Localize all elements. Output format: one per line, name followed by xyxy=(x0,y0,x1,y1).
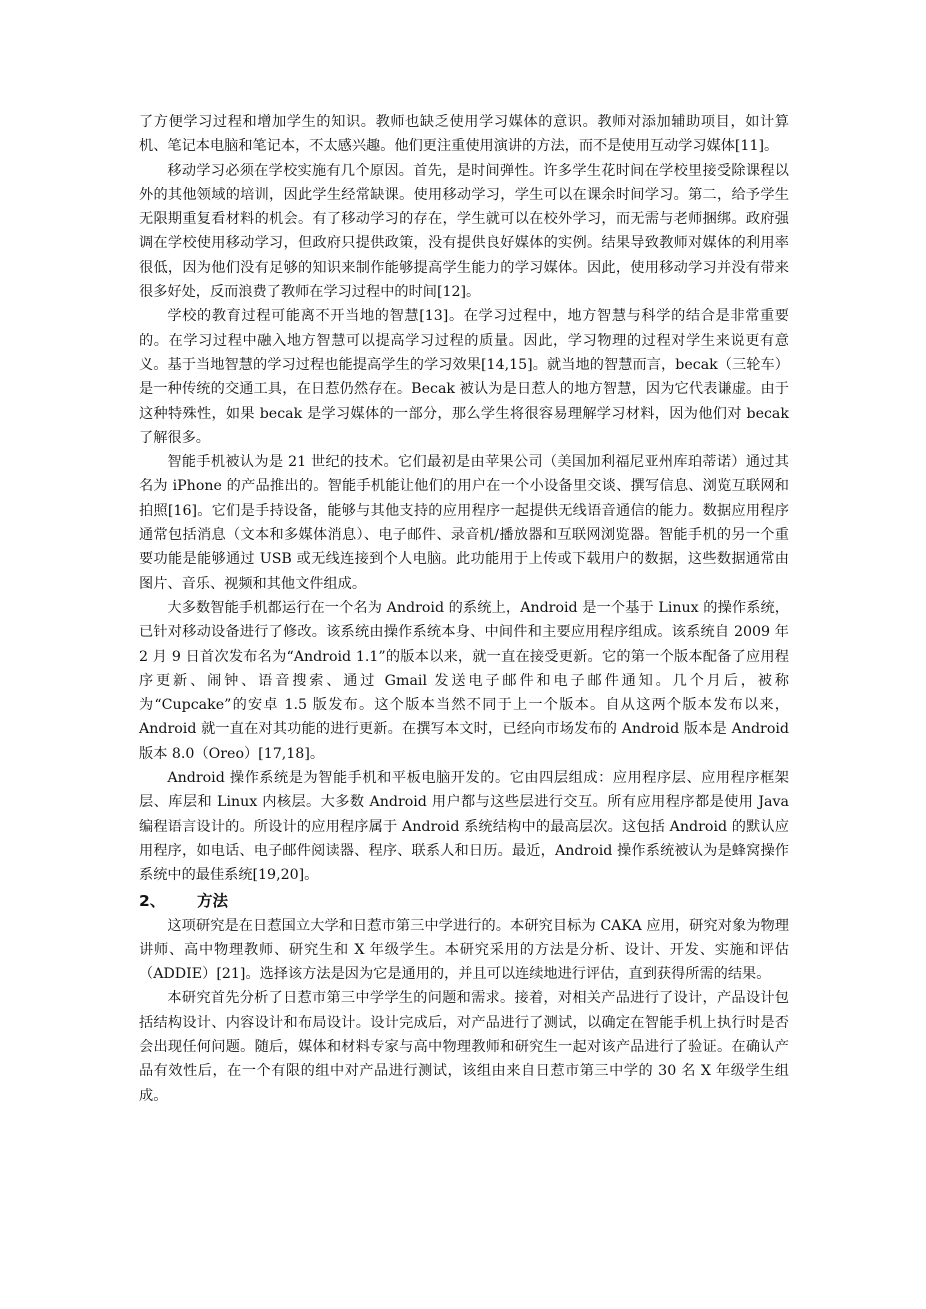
section-number: 2、 xyxy=(139,888,197,914)
paragraph-research-procedure: 本研究首先分析了日惹市第三中学学生的问题和需求。接着，对相关产品进行了设计，产品… xyxy=(139,986,789,1107)
section-title: 方法 xyxy=(197,892,228,910)
section-heading-methods: 2、方法 xyxy=(139,888,789,914)
paragraph-android-history: 大多数智能手机都运行在一个名为 Android 的系统上，Android 是一个… xyxy=(139,596,789,766)
paragraph-research-setting: 这项研究是在日惹国立大学和日惹市第三中学进行的。本研究目标为 CAKA 应用，研… xyxy=(139,914,789,987)
paragraph-media-awareness: 了方便学习过程和增加学生的知识。教师也缺乏使用学习媒体的意识。教师对添加辅助项目… xyxy=(139,110,789,159)
paragraph-mobile-learning-reasons: 移动学习必须在学校实施有几个原因。首先，是时间弹性。许多学生花时间在学校里接受除… xyxy=(139,159,789,305)
paragraph-android-layers: Android 操作系统是为智能手机和平板电脑开发的。它由四层组成：应用程序层、… xyxy=(139,766,789,887)
document-page: 了方便学习过程和增加学生的知识。教师也缺乏使用学习媒体的意识。教师对添加辅助项目… xyxy=(139,110,789,1108)
paragraph-local-wisdom: 学校的教育过程可能离不开当地的智慧[13]。在学习过程中，地方智慧与科学的结合是… xyxy=(139,304,789,450)
paragraph-smartphones: 智能手机被认为是 21 世纪的技术。它们最初是由苹果公司（美国加利福尼亚州库珀蒂… xyxy=(139,450,789,596)
